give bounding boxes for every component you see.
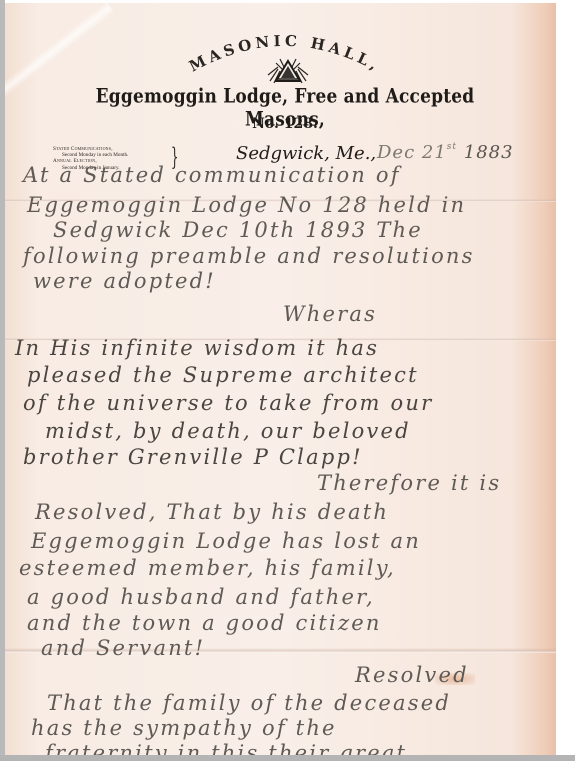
letter-place: Sedgwick, Me.,	[236, 143, 376, 164]
handwritten-line: brother Grenville P Clapp!	[23, 445, 363, 469]
handwritten-line: a good husband and father,	[27, 585, 375, 609]
handwritten-line: esteemed member, his family,	[19, 556, 396, 580]
handwritten-line: midst, by death, our beloved	[45, 419, 411, 443]
handwritten-line: and Servant!	[41, 636, 205, 660]
handwritten-line: Eggemoggin Lodge No 128 held in	[27, 193, 466, 217]
handwritten-line: Sedgwick Dec 10th 1893 The	[53, 218, 423, 242]
scan-frame-bottom	[0, 755, 575, 761]
handwritten-line: has the sympathy of the	[31, 716, 337, 740]
handwritten-line: were adopted!	[33, 269, 216, 293]
letter-page: MASONIC HALL, Eggemoggin Lodge, Free and…	[5, 3, 556, 755]
handwritten-line: Resolved	[355, 663, 469, 687]
handwritten-line: pleased the Supreme architect	[27, 363, 419, 387]
date-month-day: Dec 21	[377, 142, 447, 163]
date-suffix: st	[447, 142, 457, 152]
masonic-emblem-icon	[266, 55, 310, 85]
letter-date: Dec 21st 1883	[377, 142, 514, 163]
handwritten-line: That the family of the deceased	[47, 691, 451, 715]
handwritten-line: fraternity in this their great	[45, 741, 407, 755]
handwritten-line: In His infinite wisdom it has	[15, 336, 379, 360]
handwritten-line: Resolved, That by his death	[35, 500, 389, 524]
handwritten-line: Therefore it is	[317, 471, 501, 495]
handwritten-line: of the universe to take from our	[23, 391, 433, 415]
handwritten-line: At a Stated communication of	[23, 163, 401, 187]
lodge-number: No. 128.	[235, 116, 335, 132]
handwritten-line: and the town a good citizen	[27, 611, 382, 635]
handwritten-line: Wheras	[283, 302, 377, 326]
date-year: 1883	[464, 142, 514, 163]
handwritten-line: Eggemoggin Lodge has lost an	[31, 529, 421, 553]
handwritten-line: following preamble and resolutions	[23, 244, 475, 268]
